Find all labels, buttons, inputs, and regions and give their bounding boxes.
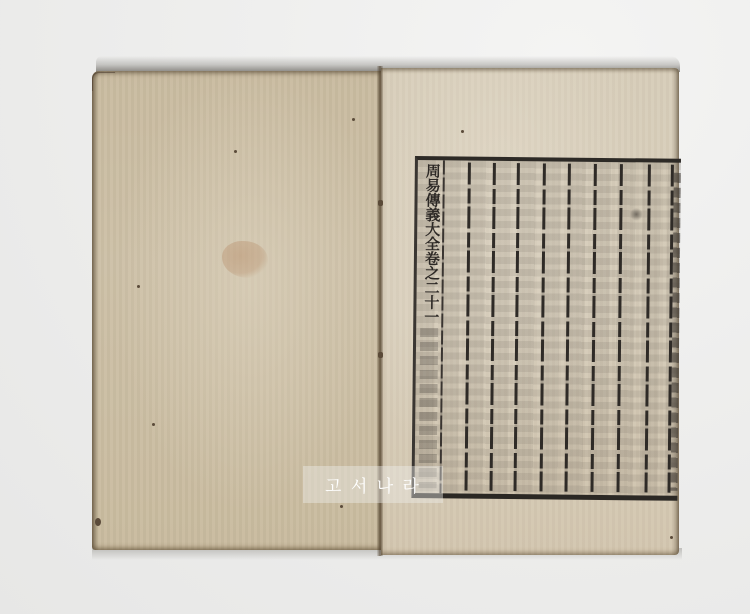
paper-speck: [152, 423, 155, 426]
watermark-text: 고 서 나 라: [325, 472, 421, 497]
left-page-corner-wear: [92, 72, 115, 91]
paper-speck: [234, 150, 237, 153]
binding-thread-mark: [378, 352, 383, 358]
watermark: 고 서 나 라: [303, 466, 443, 503]
paper-speck: [352, 118, 355, 121]
column-rule: [513, 163, 519, 491]
column-rule: [616, 164, 622, 492]
faint-text-column: [419, 328, 439, 488]
column-rule: [564, 164, 570, 492]
paper-speck: [95, 518, 101, 526]
title-column-text: 周易傳義大全卷之二十一: [418, 163, 444, 324]
binding-thread-mark: [378, 200, 383, 206]
paper-speck: [137, 285, 140, 288]
paper-speck: [340, 505, 343, 508]
column-rule: [464, 163, 470, 491]
column-rule: [644, 164, 650, 492]
printed-text-frame: 周易傳義大全卷之二十一: [411, 156, 681, 501]
column-rule: [539, 163, 545, 491]
column-rule: [489, 163, 495, 491]
column-rule: [590, 164, 596, 492]
paper-speck: [461, 130, 464, 133]
paper-speck: [670, 536, 673, 539]
ink-smudge: [630, 207, 642, 221]
